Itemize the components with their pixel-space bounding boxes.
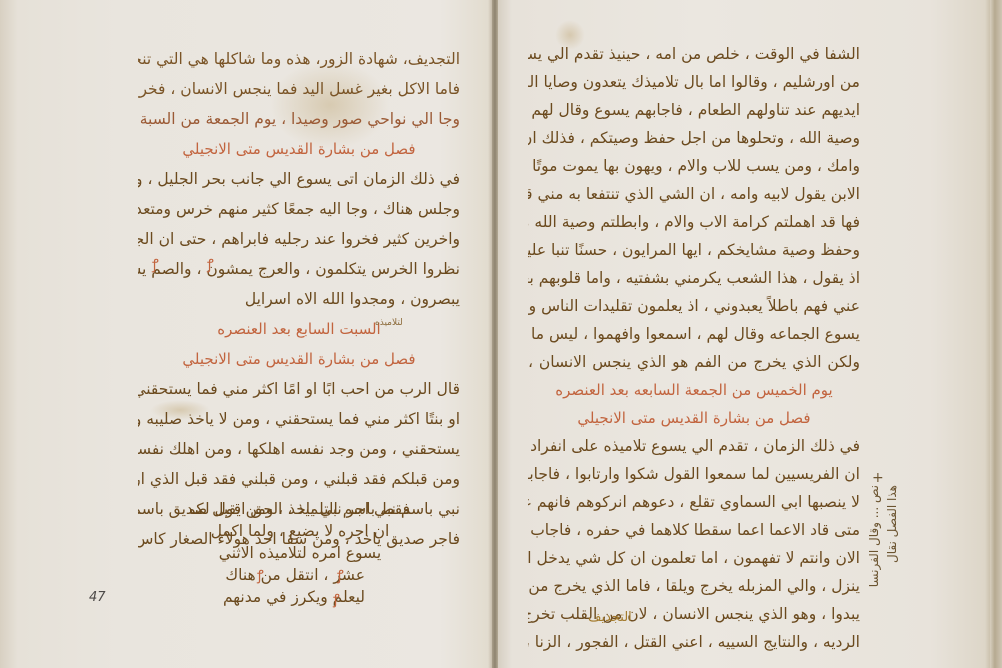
red-decoration-mark: ꝭ bbox=[337, 566, 344, 585]
section-heading: فصل من بشارة القديس متى الانجيلي bbox=[528, 404, 860, 432]
text-line: واخرين كثير فخروا عند رجليه فابراهم ، حت… bbox=[138, 224, 460, 254]
left-page-text-block: التجديف، شهادة الزور، هذه وما شاكلها هي … bbox=[138, 44, 460, 554]
right-page-text-block: الشفا في الوقت ، خلص من امه ، حينيذ تقدم… bbox=[528, 40, 860, 656]
text-line: ومن قبلكم فقد قبلني ، ومن قبلني فقد قبل … bbox=[138, 464, 460, 494]
text-line: يبصرون ، ومجدوا الله الاه اسرايل bbox=[138, 284, 460, 314]
section-heading: فصل من بشارة القديس متى الانجيلي bbox=[138, 134, 460, 164]
section-heading: السبت السابع بعد العنصره bbox=[138, 314, 460, 344]
text-line: فها قد اهملتم كرامة الاب والام ، وابطلتم… bbox=[528, 208, 860, 236]
text-line: في ذلك الزمان اتى يسوع الي جانب بحر الجل… bbox=[138, 164, 460, 194]
text-line: يستحقني ، ومن وجد نفسه اهلكها ، ومن اهلك… bbox=[138, 434, 460, 464]
text-line: ايديهم عند تناولهم الطعام ، فاجابهم يسوع… bbox=[528, 96, 860, 124]
catchword: التجديف bbox=[588, 610, 632, 625]
section-heading: يوم الخميس من الجمعة السابعه بعد العنصره bbox=[528, 376, 860, 404]
text-line: ان اجره لا يضيع ، ولما اكمل bbox=[190, 520, 410, 542]
text-line: نظروا الخرس يتكلمون ، والعرج يمشون ، وال… bbox=[138, 254, 460, 284]
text-line: وصية الله ، وتحلوها من اجل حفظ وصيتكم ، … bbox=[528, 124, 860, 152]
page-edge bbox=[990, 0, 1002, 668]
text-line: وحفظ وصية مشايخكم ، ايها المرايون ، حسنً… bbox=[528, 236, 860, 264]
text-line: من اورشليم ، وقالوا اما بال تلاميذك يتعد… bbox=[528, 68, 860, 96]
text-line: الشفا في الوقت ، خلص من امه ، حينيذ تقدم… bbox=[528, 40, 860, 68]
text-line: فقط باسم التلميذ ، الحق اقول لكم bbox=[190, 498, 410, 520]
section-heading: فصل من بشارة القديس متى الانجيلي bbox=[138, 344, 460, 374]
margin-note-line: نص ... وقال الفرنسا bbox=[865, 485, 883, 625]
text-line: ولكن الذي يخرج من الفم هو الذي ينجس الان… bbox=[528, 348, 860, 376]
text-line: اذ يقول ، هذا الشعب يكرمني بشفتيه ، واما… bbox=[528, 264, 860, 292]
text-line: عشر ، انتقل من هناك bbox=[190, 564, 410, 586]
text-line: عني فهم باطلاً يعبدوني ، اذ يعلمون تقليد… bbox=[528, 292, 860, 320]
text-line: وجلس هناك ، وجا اليه جمعًا كثير منهم خرس… bbox=[138, 194, 460, 224]
left-page-tapered-ending: فقط باسم التلميذ ، الحق اقول لكم ان اجره… bbox=[190, 498, 410, 608]
red-decoration-mark: ꝭ bbox=[333, 590, 340, 609]
text-line: قال الرب من احب ابًا او امًا اكثر مني فم… bbox=[138, 374, 460, 404]
text-line: لا ينصبها ابي السماوي تقلع ، دعوهم انركو… bbox=[528, 488, 860, 516]
text-line: وامك ، ومن يسب للاب والام ، ويهون بها يم… bbox=[528, 152, 860, 180]
text-line: ان الفريسيين لما سمعوا القول شكوا وارتاب… bbox=[528, 460, 860, 488]
folio-number: 47 bbox=[89, 590, 106, 605]
text-line: فاما الاكل بغير غسل اليد فما ينجس الانسا… bbox=[138, 74, 460, 104]
margin-note-line: هذا الفصل نقال bbox=[883, 485, 901, 625]
text-line: يبدوا ، وهو الذي ينجس الانسان ، لان من ا… bbox=[528, 600, 860, 628]
right-page: الشفا في الوقت ، خلص من امه ، حينيذ تقدم… bbox=[498, 0, 1002, 668]
text-line: الابن يقول لابيه وامه ، ان الشي الذي تنت… bbox=[528, 180, 860, 208]
red-decoration-mark: ꝭ bbox=[257, 566, 264, 585]
text-line: ليعلم ويكرز في مدنهم bbox=[190, 586, 410, 608]
text-line-rubric-mixed: وجا الي نواحي صور وصيدا ، يوم الجمعة من … bbox=[138, 104, 460, 134]
text-line: متى قاد الاعما اعما سقطا كلاهما في حفره … bbox=[528, 516, 860, 544]
text-line: في ذلك الزمان ، تقدم الي يسوع تلاميذه عل… bbox=[528, 432, 860, 460]
text-line: الان وانتم لا تفهمون ، اما تعلمون ان كل … bbox=[528, 544, 860, 572]
text-line: يسوع الجماعه وقال لهم ، اسمعوا وافهموا ،… bbox=[528, 320, 860, 348]
text-line: ينزل ، والي المزبله يخرج ويلقا ، فاما ال… bbox=[528, 572, 860, 600]
text-line: او بنتًا اكثر مني فما يستحقني ، ومن لا ي… bbox=[138, 404, 460, 434]
margin-cross-mark: + bbox=[872, 470, 884, 486]
text-line: التجديف، شهادة الزور، هذه وما شاكلها هي … bbox=[138, 44, 460, 74]
red-decoration-mark: ꝭ bbox=[207, 255, 214, 274]
text-line: الرديه ، والنتايج السييه ، اعني القتل ، … bbox=[528, 628, 860, 656]
margin-note: نص ... وقال الفرنسا هذا الفصل نقال bbox=[865, 485, 901, 625]
left-page: التجديف، شهادة الزور، هذه وما شاكلها هي … bbox=[0, 0, 494, 668]
interlinear-note: لتلاميذه bbox=[375, 318, 403, 328]
manuscript-spread: التجديف، شهادة الزور، هذه وما شاكلها هي … bbox=[0, 0, 1002, 668]
text-line: يسوع امره لتلاميذه الاثني bbox=[190, 542, 410, 564]
red-decoration-mark: ꝭ bbox=[152, 255, 159, 274]
